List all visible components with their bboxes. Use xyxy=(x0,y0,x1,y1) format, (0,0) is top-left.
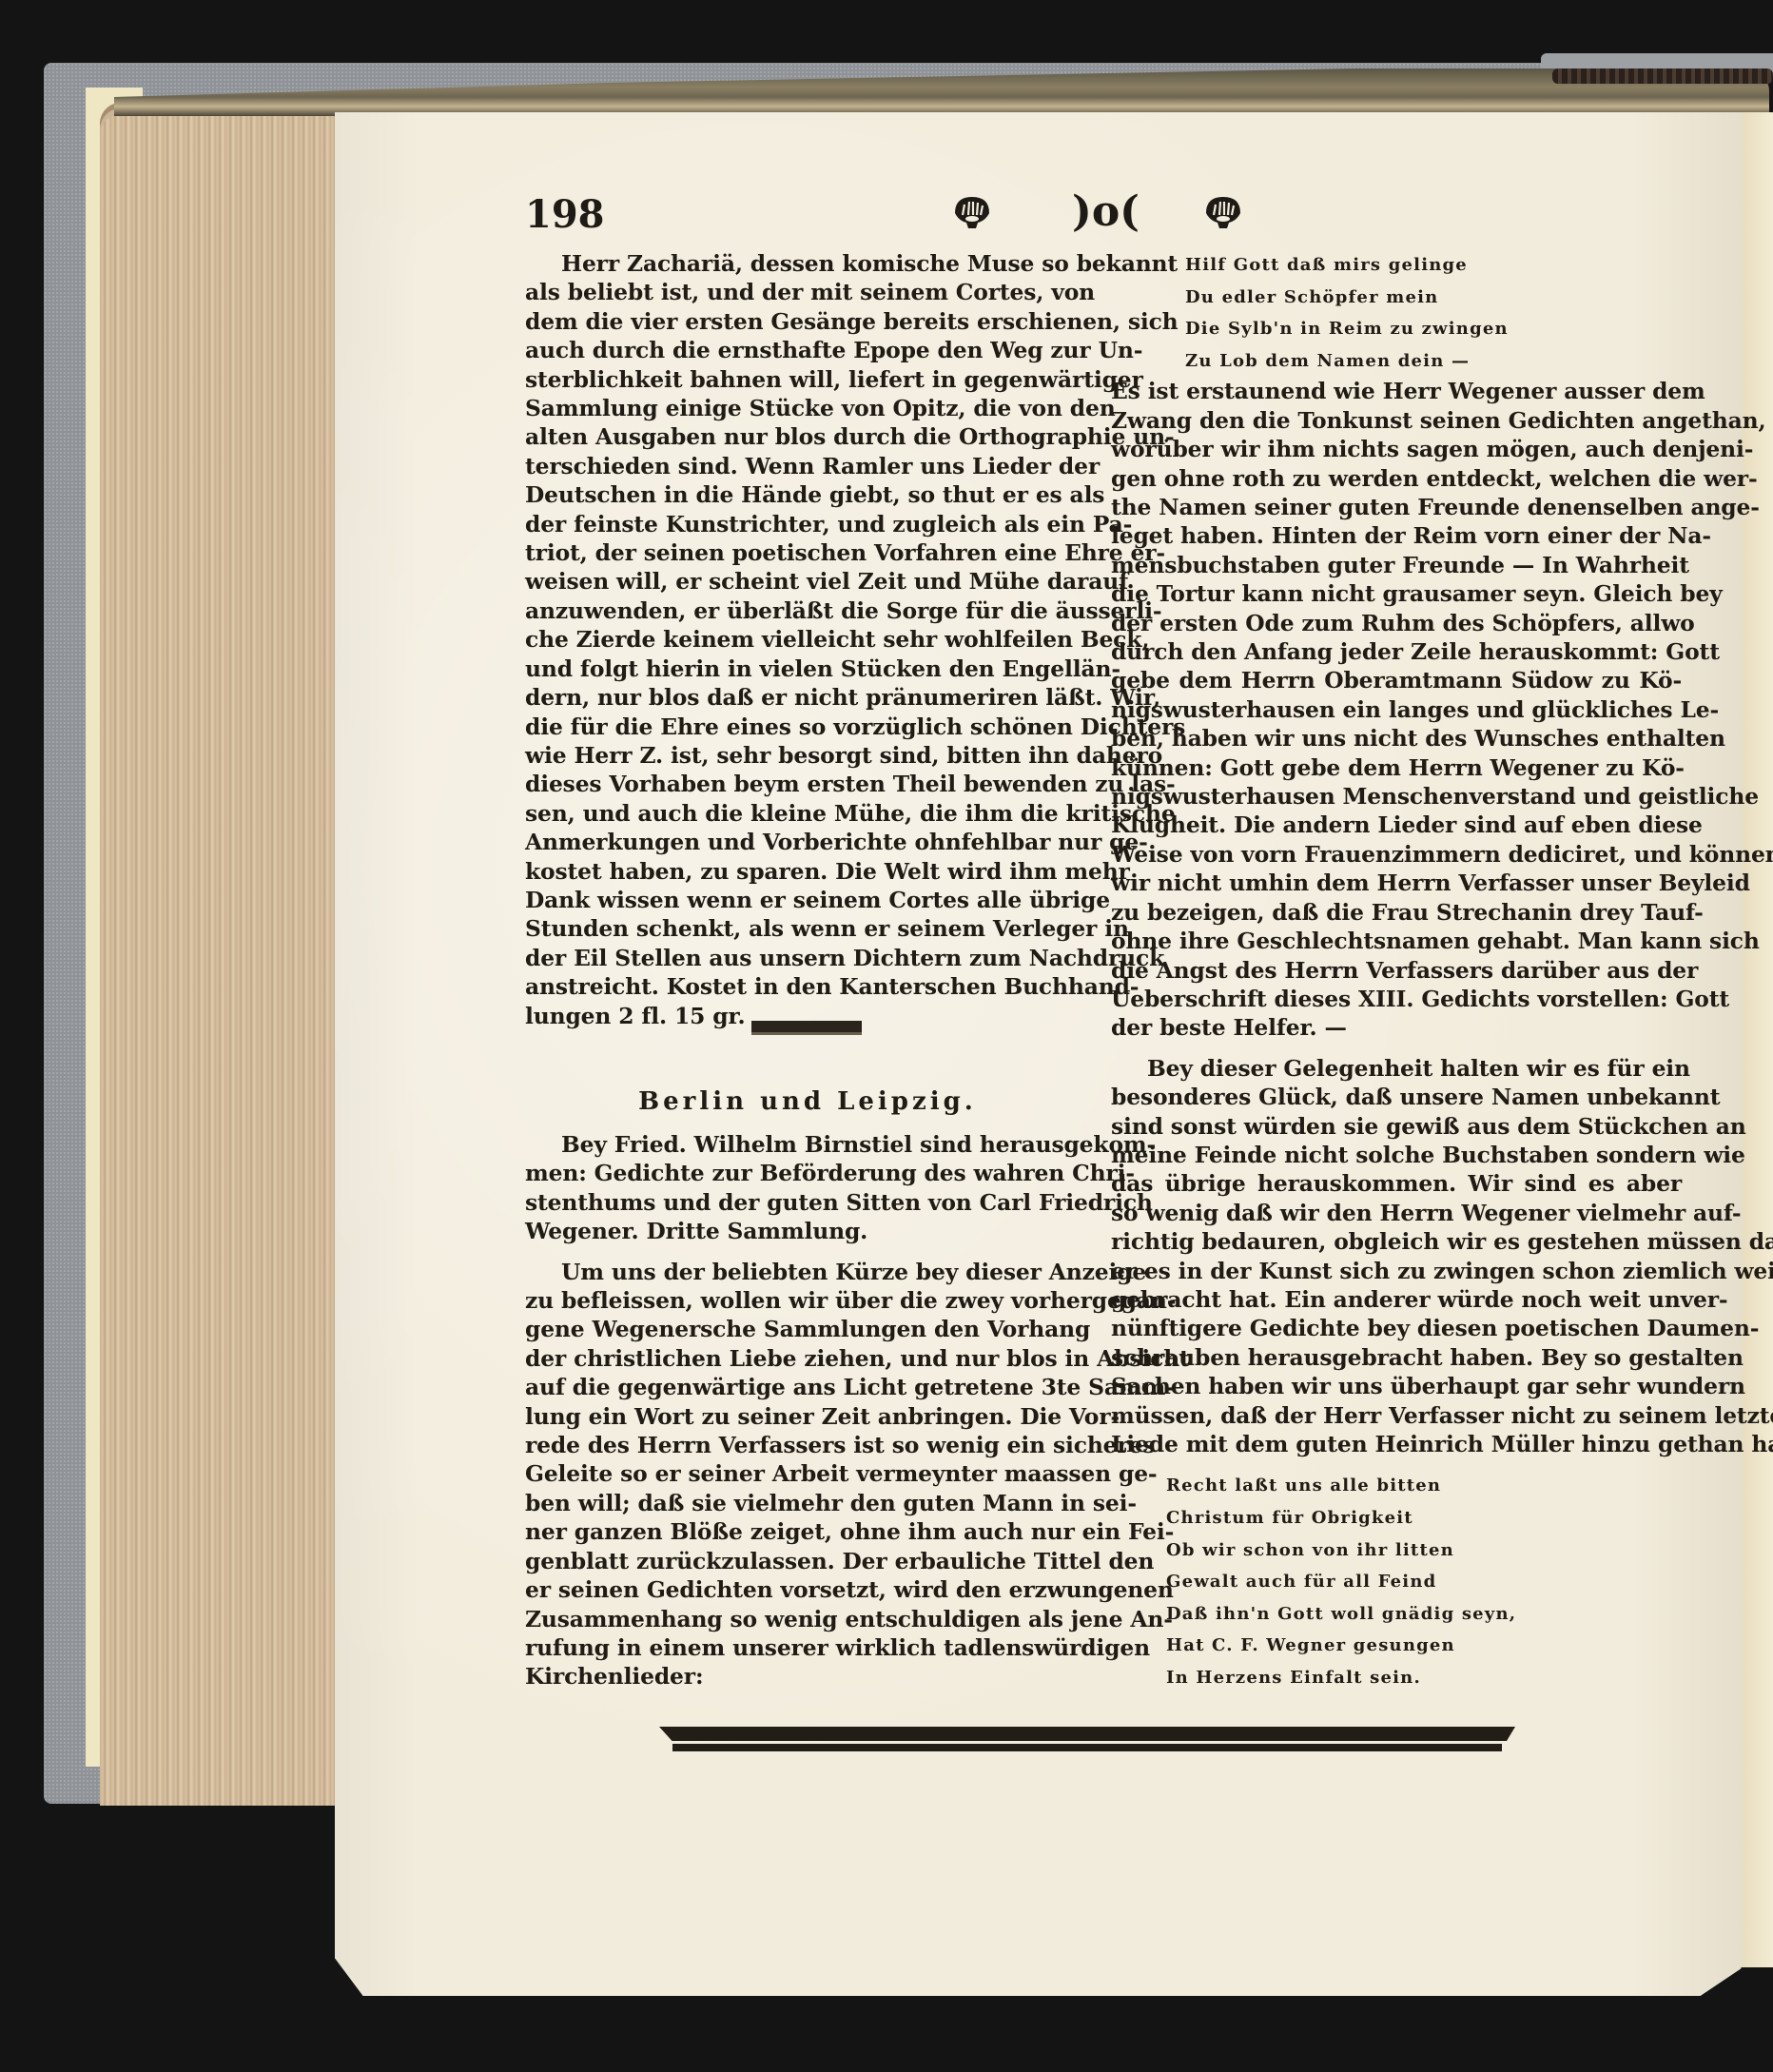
verse-line: Die Sylb'n in Reim zu zwingen xyxy=(1185,313,1682,345)
critique-paragraph-2: Bey dieser Gelegenheit halten wir es für… xyxy=(1111,1054,1682,1459)
verse-line: In Herzens Einfalt sein. xyxy=(1166,1662,1682,1694)
text-line: nigswusterhausen Menschenverstand und ge… xyxy=(1111,782,1682,811)
text-line: Deutschen in die Hände giebt, so thut er… xyxy=(525,480,1090,509)
text-line: che Zierde keinem vielleicht sehr wohlfe… xyxy=(525,625,1090,654)
text-line: zu bezeigen, daß die Frau Strechanin dre… xyxy=(1111,898,1682,927)
text-line: als beliebt ist, und der mit seinem Cort… xyxy=(525,278,1090,306)
text-line: Stunden schenkt, als wenn er seinem Verl… xyxy=(525,914,1090,943)
text-line: gebe dem Herrn Oberamtmann Südow zu Kö- xyxy=(1111,666,1682,694)
text-line: Wegener. Dritte Sammlung. xyxy=(525,1217,1090,1245)
text-line: der feinste Kunstrichter, und zugleich a… xyxy=(525,510,1090,538)
text-line: terschieden sind. Wenn Ramler uns Lieder… xyxy=(525,452,1090,480)
text-line: dern, nur blos daß er nicht pränumeriren… xyxy=(525,683,1090,712)
text-line: und folgt hierin in vielen Stücken den E… xyxy=(525,655,1090,683)
text-line: richtig bedauren, obgleich wir es gesteh… xyxy=(1111,1227,1682,1256)
text-line: auf die gegenwärtige ans Licht getretene… xyxy=(525,1373,1090,1401)
verse-line: Zu Lob dem Namen dein — xyxy=(1185,345,1682,378)
text-line: wie Herr Z. ist, sehr besorgt sind, bitt… xyxy=(525,741,1090,770)
text-line: worüber wir ihm nichts sagen mögen, auch… xyxy=(1111,435,1682,463)
text-line: weisen will, er scheint viel Zeit und Mü… xyxy=(525,567,1090,596)
right-column: Hilf Gott daß mirs gelinge Du edler Schö… xyxy=(1111,249,1682,1694)
text-line: Weise von vorn Frauenzimmern dediciret, … xyxy=(1111,840,1682,869)
end-rule xyxy=(659,1727,1515,1749)
paragraph-gap xyxy=(1111,1043,1682,1054)
text-line: sen, und auch die kleine Mühe, die ihm d… xyxy=(525,799,1090,828)
verse-line: Hat C. F. Wegner gesungen xyxy=(1166,1630,1682,1662)
text-line: schrauben herausgebracht haben. Bey so g… xyxy=(1111,1343,1682,1372)
text-line: men: Gedichte zur Beförderung des wahren… xyxy=(525,1159,1090,1187)
text-line: besonderes Glück, daß unsere Namen unbek… xyxy=(1111,1083,1682,1111)
center-ornament: )o( xyxy=(1072,194,1114,230)
text-line: die für die Ehre eines so vorzüglich sch… xyxy=(525,713,1090,741)
text-line: dem die vier ersten Gesänge bereits ersc… xyxy=(525,307,1090,336)
text-line: Sammlung einige Stücke von Opitz, die vo… xyxy=(525,394,1090,422)
verse-line: Du edler Schöpfer mein xyxy=(1185,282,1682,314)
text-line: gen ohne roth zu werden entdeckt, welche… xyxy=(1111,464,1682,493)
book-announcement: Bey Fried. Wilhelm Birnstiel sind heraus… xyxy=(525,1130,1090,1246)
text-line: sterblichkeit bahnen will, liefert in ge… xyxy=(525,365,1090,394)
text-line: gene Wegenersche Sammlungen den Vorhang xyxy=(525,1315,1090,1343)
text-line: ner ganzen Blöße zeiget, ohne ihm auch n… xyxy=(525,1517,1090,1546)
text-line: kostet haben, zu sparen. Die Welt wird i… xyxy=(525,857,1090,886)
review-zachariae: Herr Zachariä, dessen komische Muse so b… xyxy=(525,249,1090,1030)
text-line: gebracht hat. Ein anderer würde noch wei… xyxy=(1111,1285,1682,1314)
verse-line: Daß ihn'n Gott woll gnädig seyn, xyxy=(1166,1598,1682,1631)
text-line: Kirchenlieder: xyxy=(525,1662,1090,1691)
text-line: Anmerkungen und Vorberichte ohnfehlbar n… xyxy=(525,828,1090,856)
text-line: rede des Herrn Verfassers ist so wenig e… xyxy=(525,1431,1090,1459)
text-line: ben, haben wir uns nicht des Wunsches en… xyxy=(1111,724,1682,753)
text-line: Liede mit dem guten Heinrich Müller hinz… xyxy=(1111,1430,1682,1458)
text-line: Um uns der beliebten Kürze bey dieser An… xyxy=(525,1258,1090,1286)
verse-line: Gewalt auch für all Feind xyxy=(1166,1566,1682,1598)
verse-line: Hilf Gott daß mirs gelinge xyxy=(1185,249,1682,282)
text-line: Dank wissen wenn er seinem Cortes alle ü… xyxy=(525,886,1090,914)
page-fore-edge xyxy=(100,103,338,1806)
section-divider xyxy=(751,1021,862,1035)
text-line: Ueberschrift dieses XIII. Gedichts vorst… xyxy=(1111,985,1682,1013)
text-line: alten Ausgaben nur blos durch die Orthog… xyxy=(525,422,1090,451)
left-column: Herr Zachariä, dessen komische Muse so b… xyxy=(525,249,1090,1030)
text-line: Klugheit. Die andern Lieder sind auf ebe… xyxy=(1111,811,1682,839)
text-line: nigswusterhausen ein langes und glücklic… xyxy=(1111,695,1682,724)
text-line: anstreicht. Kostet in den Kanterschen Bu… xyxy=(525,972,1090,1001)
text-line: genblatt zurückzulassen. Der erbauliche … xyxy=(525,1547,1090,1575)
text-line: wir nicht umhin dem Herrn Verfasser unse… xyxy=(1111,869,1682,897)
text-line: die Angst des Herrn Verfassers darüber a… xyxy=(1111,956,1682,985)
verse-line: Recht laßt uns alle bitten xyxy=(1166,1470,1682,1502)
text-line: Bey Fried. Wilhelm Birnstiel sind heraus… xyxy=(525,1130,1090,1159)
text-line: die Tortur kann nicht grausamer seyn. Gl… xyxy=(1111,579,1682,608)
text-line: der ersten Ode zum Ruhm des Schöpfers, a… xyxy=(1111,609,1682,637)
page-number: 198 xyxy=(525,192,605,237)
text-line: er es in der Kunst sich zu zwingen schon… xyxy=(1111,1257,1682,1285)
text-line: nünftigere Gedichte bey diesen poetische… xyxy=(1111,1314,1682,1342)
text-line: zu befleissen, wollen wir über die zwey … xyxy=(525,1286,1090,1315)
text-line: müssen, daß der Herr Verfasser nicht zu … xyxy=(1111,1401,1682,1430)
text-line: lung ein Wort zu seiner Zeit anbringen. … xyxy=(525,1402,1090,1431)
text-line: stenthums und der guten Sitten von Carl … xyxy=(525,1188,1090,1217)
running-head: 198 )o( xyxy=(525,190,1690,247)
verse-line: Ob wir schon von ihr litten xyxy=(1166,1534,1682,1567)
text-line: Geleite so er seiner Arbeit vermeynter m… xyxy=(525,1459,1090,1488)
text-line: künnen: Gott gebe dem Herrn Wegener zu K… xyxy=(1111,753,1682,782)
headband xyxy=(1552,68,1773,84)
text-line: der Eil Stellen aus unsern Dichtern zum … xyxy=(525,944,1090,972)
text-line: rufung in einem unserer wirklich tadlens… xyxy=(525,1633,1090,1662)
text-line: dieses Vorhaben beym ersten Theil bewend… xyxy=(525,770,1090,798)
end-rule-thick xyxy=(659,1727,1515,1741)
text-line: the Namen seiner guten Freunde denenselb… xyxy=(1111,493,1682,521)
text-line: Zusammenhang so wenig entschuldigen als … xyxy=(525,1605,1090,1633)
review-wegener: Um uns der beliebten Kürze bey dieser An… xyxy=(525,1258,1090,1691)
text-line: er seinen Gedichten vorsetzt, wird den e… xyxy=(525,1575,1090,1604)
verse-line: Christum für Obrigkeit xyxy=(1166,1502,1682,1534)
paragraph-gap xyxy=(525,1246,1090,1258)
text-line: leget haben. Hinten der Reim vorn einer … xyxy=(1111,521,1682,550)
shell-ornament-icon xyxy=(951,194,993,230)
text-line: Sachen haben wir uns überhaupt gar sehr … xyxy=(1111,1372,1682,1400)
text-line: Zwang den die Tonkunst seinen Gedichten … xyxy=(1111,406,1682,435)
text-line: der beste Helfer. — xyxy=(1111,1013,1682,1042)
text-line: Bey dieser Gelegenheit halten wir es für… xyxy=(1111,1054,1682,1083)
left-column-lower: Bey Fried. Wilhelm Birnstiel sind heraus… xyxy=(525,1130,1090,1691)
text-line: der christlichen Liebe ziehen, und nur b… xyxy=(525,1344,1090,1373)
text-line: so wenig daß wir den Herrn Wegener vielm… xyxy=(1111,1199,1682,1227)
verse-quote-2: Recht laßt uns alle bitten Christum für … xyxy=(1111,1470,1682,1693)
text-line: meine Feinde nicht solche Buchstaben son… xyxy=(1111,1141,1682,1169)
critique-paragraph-1: Es ist erstaunend wie Herr Wegener ausse… xyxy=(1111,377,1682,1042)
text-line: Es ist erstaunend wie Herr Wegener ausse… xyxy=(1111,377,1682,405)
text-line: ohne ihre Geschlechtsnamen gehabt. Man k… xyxy=(1111,927,1682,955)
text-line: mensbuchstaben guter Freunde — In Wahrhe… xyxy=(1111,551,1682,579)
section-heading: Berlin und Leipzig. xyxy=(525,1087,1090,1116)
paragraph-gap xyxy=(1111,1458,1682,1470)
text-line: das übrige herauskommen. Wir sind es abe… xyxy=(1111,1169,1682,1198)
text-line: durch den Anfang jeder Zeile herauskommt… xyxy=(1111,637,1682,666)
shell-ornament-icon xyxy=(1202,194,1244,230)
text-line: sind sonst würden sie gewiß aus dem Stüc… xyxy=(1111,1112,1682,1141)
text-line: anzuwenden, er überläßt die Sorge für di… xyxy=(525,596,1090,625)
text-line: Herr Zachariä, dessen komische Muse so b… xyxy=(525,249,1090,278)
text-line: ben will; daß sie vielmehr den guten Man… xyxy=(525,1489,1090,1517)
end-rule-thin xyxy=(672,1743,1502,1751)
text-line: auch durch die ernsthafte Epope den Weg … xyxy=(525,336,1090,364)
verse-quote-1: Hilf Gott daß mirs gelinge Du edler Schö… xyxy=(1111,249,1682,377)
text-line: triot, der seinen poetischen Vorfahren e… xyxy=(525,538,1090,567)
